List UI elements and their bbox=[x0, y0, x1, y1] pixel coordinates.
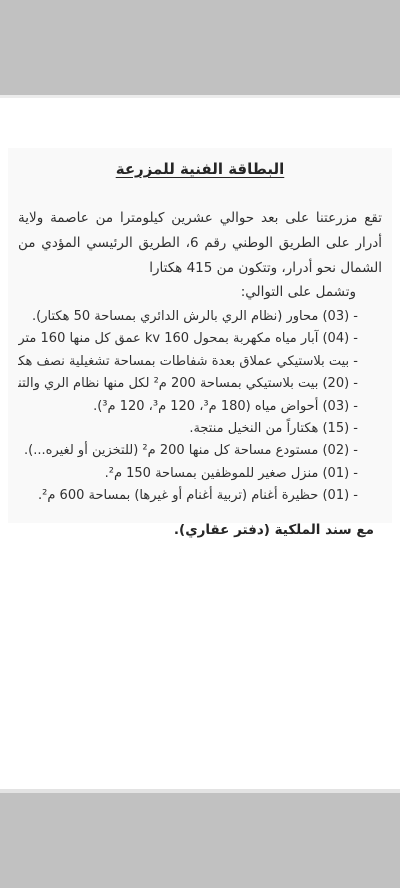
list-item-palm-hectares: - (15) هكتاراً من النخيل منتجة. bbox=[18, 418, 382, 440]
facilities-list: - (03) محاور (نظام الري بالرش الدائري بم… bbox=[18, 306, 382, 508]
ownership-deed-note: مع سند الملكية (دفتر عقاري). bbox=[18, 520, 382, 540]
list-item-warehouses: - (02) مستودع مساحة كل منها 200 م² (للتخ… bbox=[18, 440, 382, 462]
list-item-staff-house: - (01) منزل صغير للموظفين بمساحة 150 م². bbox=[18, 463, 382, 485]
intro-paragraph: تقع مزرعتنا على بعد حوالي عشرين كيلومترا… bbox=[18, 206, 382, 281]
list-item-plastic-houses: - (20) بيت بلاستيكي بمساحة 200 م² لكل من… bbox=[18, 373, 382, 395]
list-item-water-basins: - (03) أحواض مياه (180 م³، 120 م³، 120 م… bbox=[18, 396, 382, 418]
list-item-wells: - (04) آبار مياه مكهربة بمحول 160 kv عمق… bbox=[18, 328, 382, 350]
top-gray-band bbox=[0, 0, 400, 95]
farm-technical-card-document: البطاقة الفنية للمزرعة تقع مزرعتنا على ب… bbox=[8, 148, 392, 523]
list-item-sheep-pen: - (01) حظيرة أغنام (تربية أغنام أو غيرها… bbox=[18, 485, 382, 507]
list-item-pivots: - (03) محاور (نظام الري بالرش الدائري بم… bbox=[18, 306, 382, 328]
document-title: البطاقة الفنية للمزرعة bbox=[18, 158, 382, 180]
intro-paragraph-tail: وتشمل على التوالي: bbox=[18, 281, 382, 304]
screenshot-stage: البطاقة الفنية للمزرعة تقع مزرعتنا على ب… bbox=[0, 0, 400, 888]
top-band-divider bbox=[0, 95, 400, 98]
bottom-gray-band bbox=[0, 793, 400, 888]
list-item-giant-greenhouse: - بيت بلاستيكي عملاق بعدة شفاطات بمساحة … bbox=[18, 351, 382, 373]
